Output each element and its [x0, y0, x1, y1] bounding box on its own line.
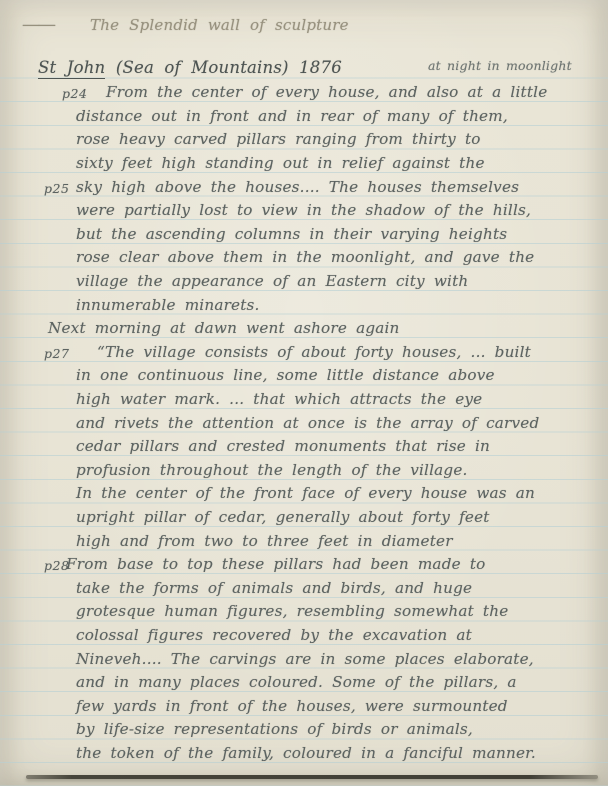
- handwritten-line: rose clear above them in the moonlight, …: [0, 244, 608, 268]
- handwritten-line: p25sky high above the houses.... The hou…: [0, 173, 608, 197]
- entry-heading: St John (Sea of Mountains) 1876: [38, 58, 342, 77]
- line-text: high water mark. ... that which attracts…: [0, 389, 482, 409]
- line-text: village the appearance of an Eastern cit…: [0, 271, 468, 291]
- line-text: grotesque human figures, resembling some…: [0, 601, 508, 621]
- page-ref-marker: p28: [44, 558, 69, 573]
- line-text: Nineveh.... The carvings are in some pla…: [0, 649, 534, 669]
- dash-mark: ——: [22, 14, 54, 35]
- handwritten-line: p27“The village consists of about forty …: [0, 338, 608, 362]
- heading-underlined-part: St John: [38, 58, 105, 79]
- handwritten-line: few yards in front of the houses, were s…: [0, 692, 608, 716]
- line-text: In the center of the front face of every…: [0, 483, 535, 503]
- line-text: take the forms of animals and birds, and…: [0, 578, 472, 598]
- page-ref-marker: p24: [62, 86, 87, 101]
- line-text: From base to top these pillars had been …: [0, 554, 485, 574]
- handwritten-line: sixty feet high standing out in relief a…: [0, 149, 608, 173]
- handwritten-line: upright pillar of cedar, generally about…: [0, 503, 608, 527]
- line-text: sky high above the houses.... The houses…: [0, 177, 519, 197]
- handwritten-line: Next morning at dawn went ashore again: [0, 315, 608, 339]
- line-text: distance out in front and in rear of man…: [0, 106, 508, 126]
- handwritten-line: distance out in front and in rear of man…: [0, 102, 608, 126]
- handwritten-line: cedar pillars and crested monuments that…: [0, 433, 608, 457]
- heading-rest: (Sea of Mountains) 1876: [105, 58, 342, 77]
- handwritten-line: grotesque human figures, resembling some…: [0, 598, 608, 622]
- handwritten-line: in one continuous line, some little dist…: [0, 362, 608, 386]
- line-text: few yards in front of the houses, were s…: [0, 696, 508, 716]
- handwritten-line: and rivets the attention at once is the …: [0, 409, 608, 433]
- handwritten-line: Nineveh.... The carvings are in some pla…: [0, 645, 608, 669]
- line-text: upright pillar of cedar, generally about…: [0, 507, 490, 527]
- line-text: the token of the family, coloured in a f…: [0, 743, 536, 763]
- handwritten-line: p28From base to top these pillars had be…: [0, 551, 608, 575]
- line-text: were partially lost to view in the shado…: [0, 200, 531, 220]
- handwritten-line: but the ascending columns in their varyi…: [0, 220, 608, 244]
- line-text: cedar pillars and crested monuments that…: [0, 436, 490, 456]
- notebook-page: —— The Splendid wall of sculpture St Joh…: [0, 0, 608, 786]
- handwritten-line: profusion throughout the length of the v…: [0, 456, 608, 480]
- handwritten-line: take the forms of animals and birds, and…: [0, 574, 608, 598]
- line-text: rose clear above them in the moonlight, …: [0, 247, 534, 267]
- line-text: by life-size representations of birds or…: [0, 719, 473, 739]
- handwritten-line: innumerable minarets.: [0, 291, 608, 315]
- page-bottom-edge: [26, 775, 598, 779]
- heading-line: St John (Sea of Mountains) 1876 at night…: [38, 49, 608, 77]
- line-text: “The village consists of about forty hou…: [0, 342, 531, 362]
- line-text: colossal figures recovered by the excava…: [0, 625, 472, 645]
- line-text: and rivets the attention at once is the …: [0, 413, 539, 433]
- heading-annotation: at night in moonlight: [428, 58, 572, 73]
- handwritten-line: were partially lost to view in the shado…: [0, 197, 608, 221]
- line-text: high and from two to three feet in diame…: [0, 531, 453, 551]
- line-text: Next morning at dawn went ashore again: [0, 318, 400, 338]
- page-ref-marker: p27: [44, 346, 69, 361]
- line-text: rose heavy carved pillars ranging from t…: [0, 129, 481, 149]
- line-text: but the ascending columns in their varyi…: [0, 224, 507, 244]
- line-text: profusion throughout the length of the v…: [0, 460, 468, 480]
- handwritten-line: colossal figures recovered by the excava…: [0, 621, 608, 645]
- title-note: The Splendid wall of sculpture: [90, 16, 349, 34]
- line-text: and in many places coloured. Some of the…: [0, 672, 517, 692]
- handwritten-line: village the appearance of an Eastern cit…: [0, 267, 608, 291]
- line-text: in one continuous line, some little dist…: [0, 365, 495, 385]
- handwritten-line: rose heavy carved pillars ranging from t…: [0, 126, 608, 150]
- handwritten-line: In the center of the front face of every…: [0, 480, 608, 504]
- line-text: innumerable minarets.: [0, 295, 260, 315]
- handwritten-line: the token of the family, coloured in a f…: [0, 739, 608, 763]
- handwritten-line: high water mark. ... that which attracts…: [0, 385, 608, 409]
- title-note-line: —— The Splendid wall of sculpture: [22, 14, 598, 35]
- handwritten-line: and in many places coloured. Some of the…: [0, 669, 608, 693]
- page-ref-marker: p25: [44, 181, 69, 196]
- handwritten-line: high and from two to three feet in diame…: [0, 527, 608, 551]
- handwritten-line: p24From the center of every house, and a…: [0, 79, 608, 103]
- line-text: sixty feet high standing out in relief a…: [0, 153, 485, 173]
- handwritten-line: by life-size representations of birds or…: [0, 716, 608, 740]
